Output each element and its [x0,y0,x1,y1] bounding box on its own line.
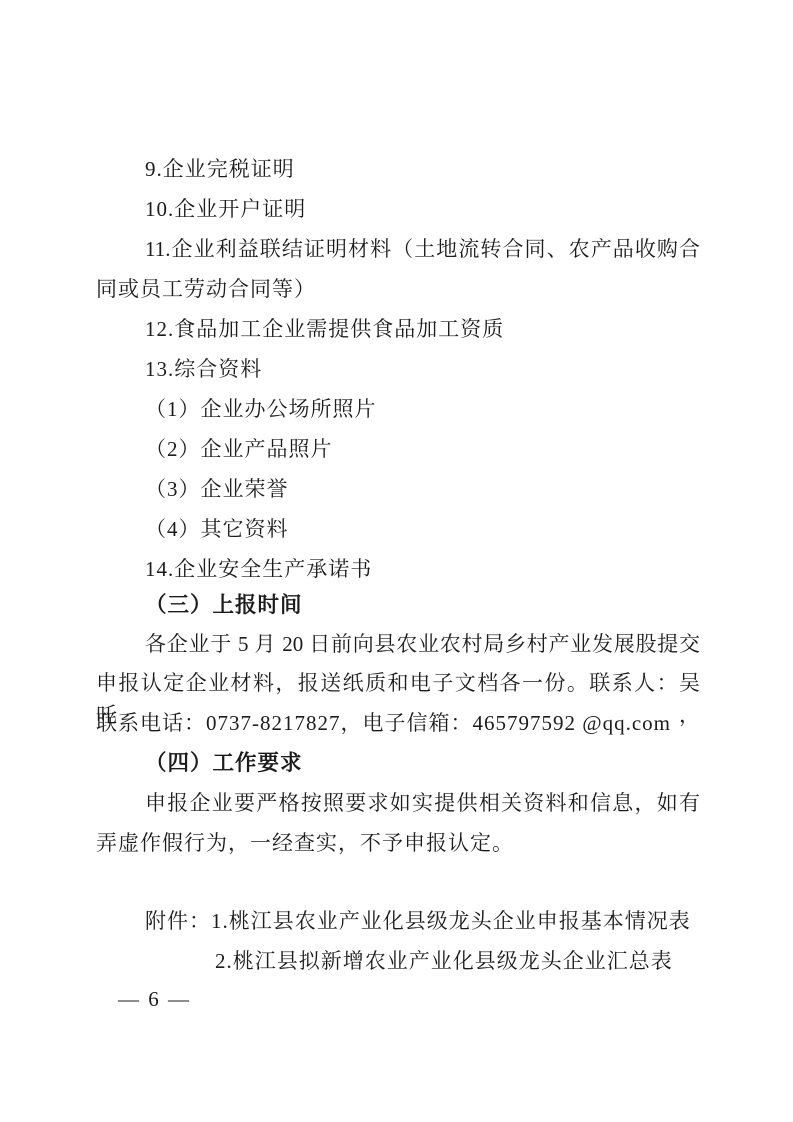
report-time-body-line-1: 各企业于 5 月 20 日前向县农业农村局乡村产业发展股提交 [96,628,700,660]
report-time-body-line-3: 联系电话：0737-8217827，电子信箱：465797592 @qq.com [96,707,700,739]
checklist-sub-item-3: （3）企业荣誉 [96,473,700,505]
checklist-item-12: 12.食品加工企业需提供食品加工资质 [96,313,700,345]
work-requirements-body-line-1: 申报企业要严格按照要求如实提供相关资料和信息，如有 [96,787,700,819]
checklist-sub-item-2: （2）企业产品照片 [96,433,700,465]
checklist-sub-item-1: （1）企业办公场所照片 [96,393,700,425]
checklist-item-14: 14.企业安全生产承诺书 [96,553,700,585]
section-heading-work-requirements: （四）工作要求 [96,747,700,779]
work-requirements-body-line-2: 弄虚作假行为，一经查实，不予申报认定。 [96,827,700,859]
checklist-sub-item-4: （4）其它资料 [96,513,700,545]
checklist-item-9: 9.企业完税证明 [96,153,700,185]
checklist-item-11-line-1: 11.企业利益联结证明材料（土地流转合同、农产品收购合 [96,233,700,265]
attachments-line-1: 附件：1.桃江县农业产业化县级龙头企业申报基本情况表 [96,905,700,937]
checklist-item-10: 10.企业开户证明 [96,193,700,225]
checklist-item-13: 13.综合资料 [96,353,700,385]
section-heading-report-time: （三）上报时间 [96,589,700,621]
attachments-line-2: 2.桃江县拟新增农业产业化县级龙头企业汇总表 [96,945,700,977]
checklist-item-11-line-2: 同或员工劳动合同等） [96,273,700,305]
document-page: 9.企业完税证明 10.企业开户证明 11.企业利益联结证明材料（土地流转合同、… [0,0,793,1122]
page-number: — 6 — [118,983,191,1015]
